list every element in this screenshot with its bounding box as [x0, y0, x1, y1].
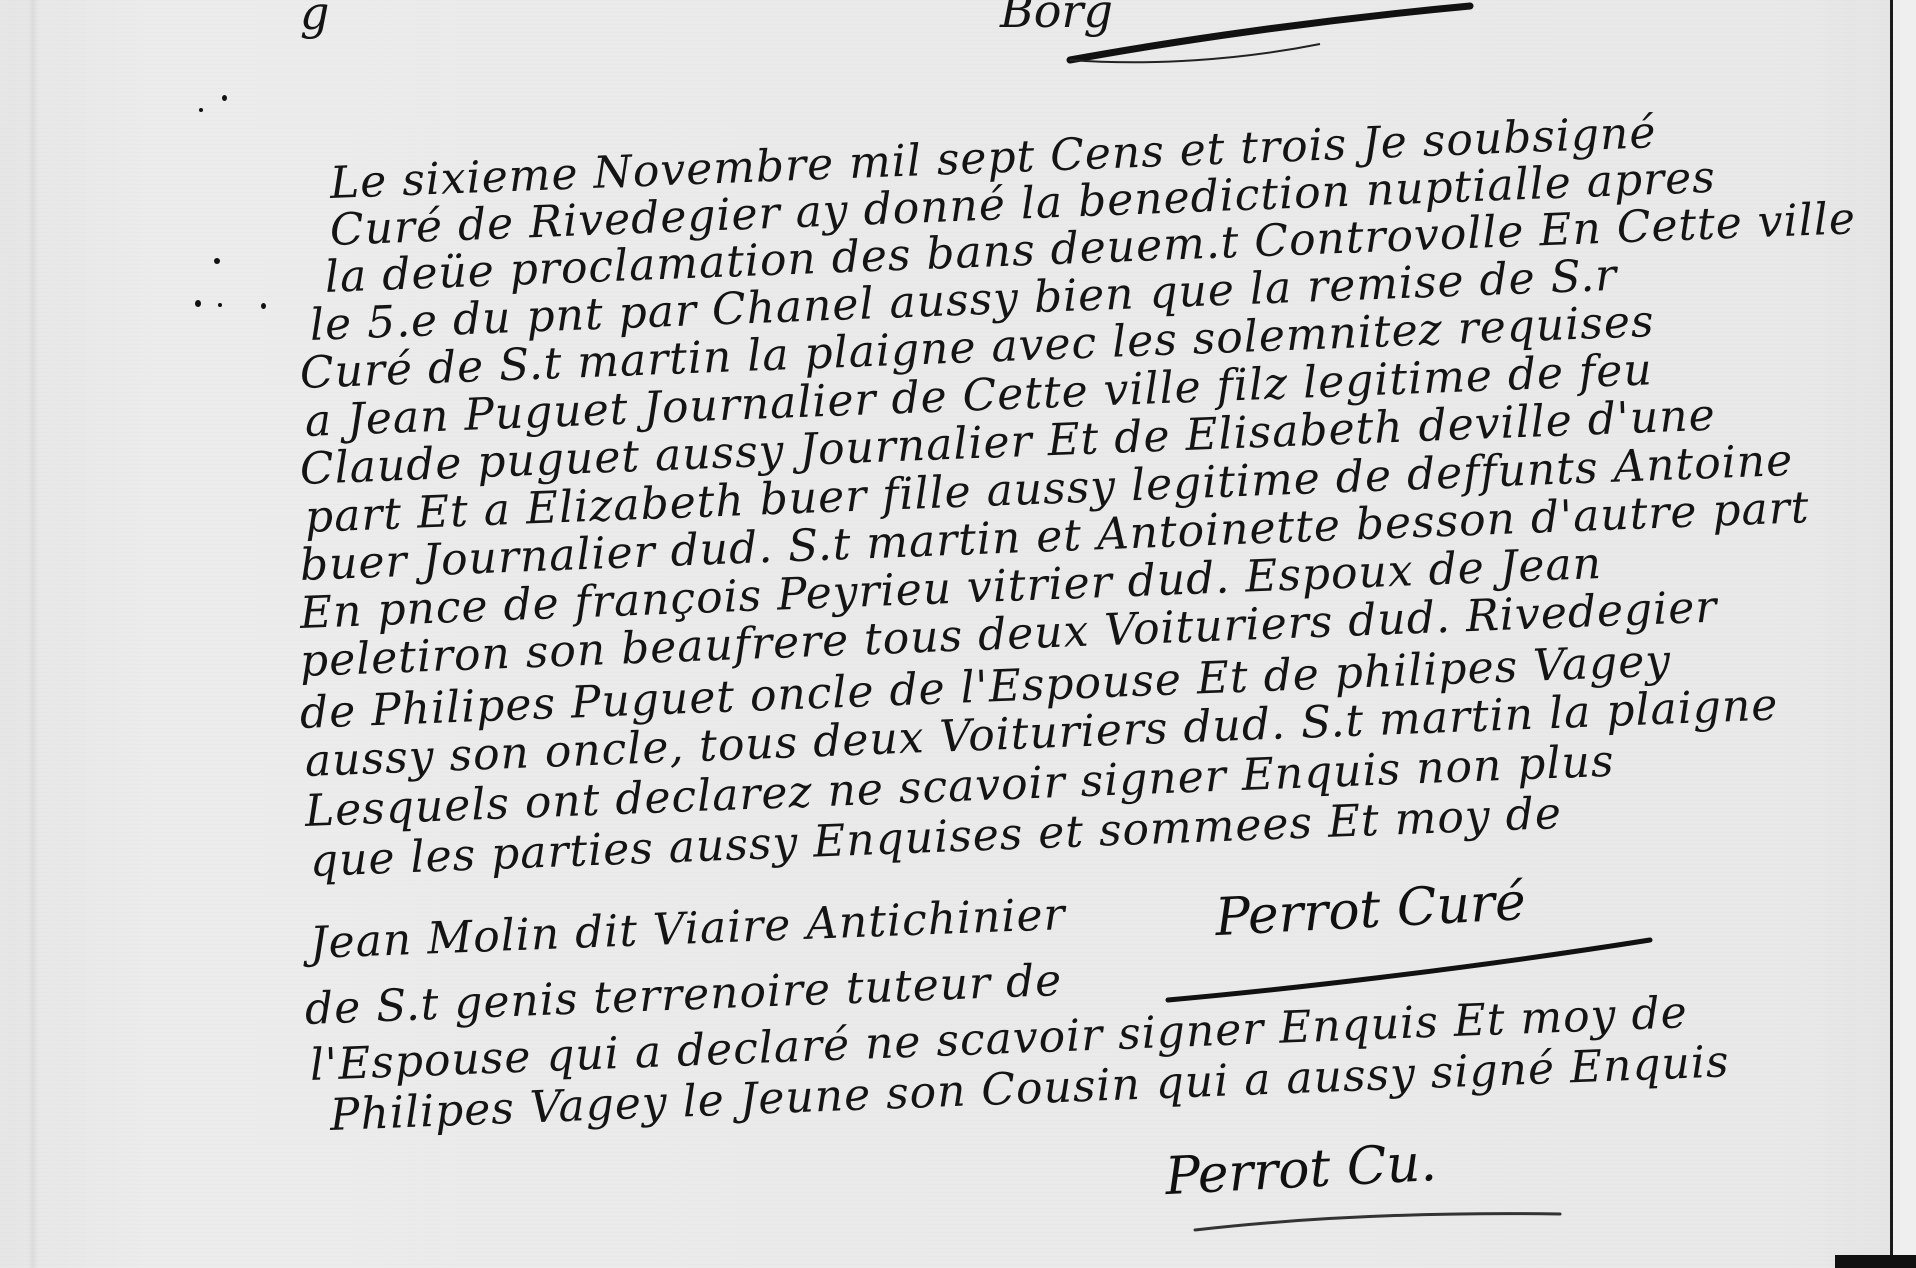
ink-speck [199, 108, 203, 112]
ink-speck [195, 300, 201, 307]
binding-bottom-shadow [1835, 1255, 1916, 1268]
signature-final-underline [1190, 1200, 1570, 1240]
ink-speck [214, 258, 220, 264]
page-binding-edge [1890, 0, 1893, 1268]
page-binding-margin [1893, 0, 1916, 1268]
ink-speck [218, 303, 222, 307]
register-line-16: Jean Molin dit Viaire Antichinier [309, 889, 1066, 969]
ink-speck [261, 303, 266, 309]
signature-priest-final: Perrot Cu. [1164, 1133, 1438, 1207]
page-fold-shadow [28, 0, 38, 1268]
header-flourish [1060, 0, 1480, 70]
ink-speck [222, 95, 227, 101]
manuscript-page: g Borg Le sixieme Novembre mil sept Cens… [0, 0, 1916, 1268]
signature-underline [1160, 930, 1660, 1010]
header-fragment-left: g [300, 0, 329, 40]
